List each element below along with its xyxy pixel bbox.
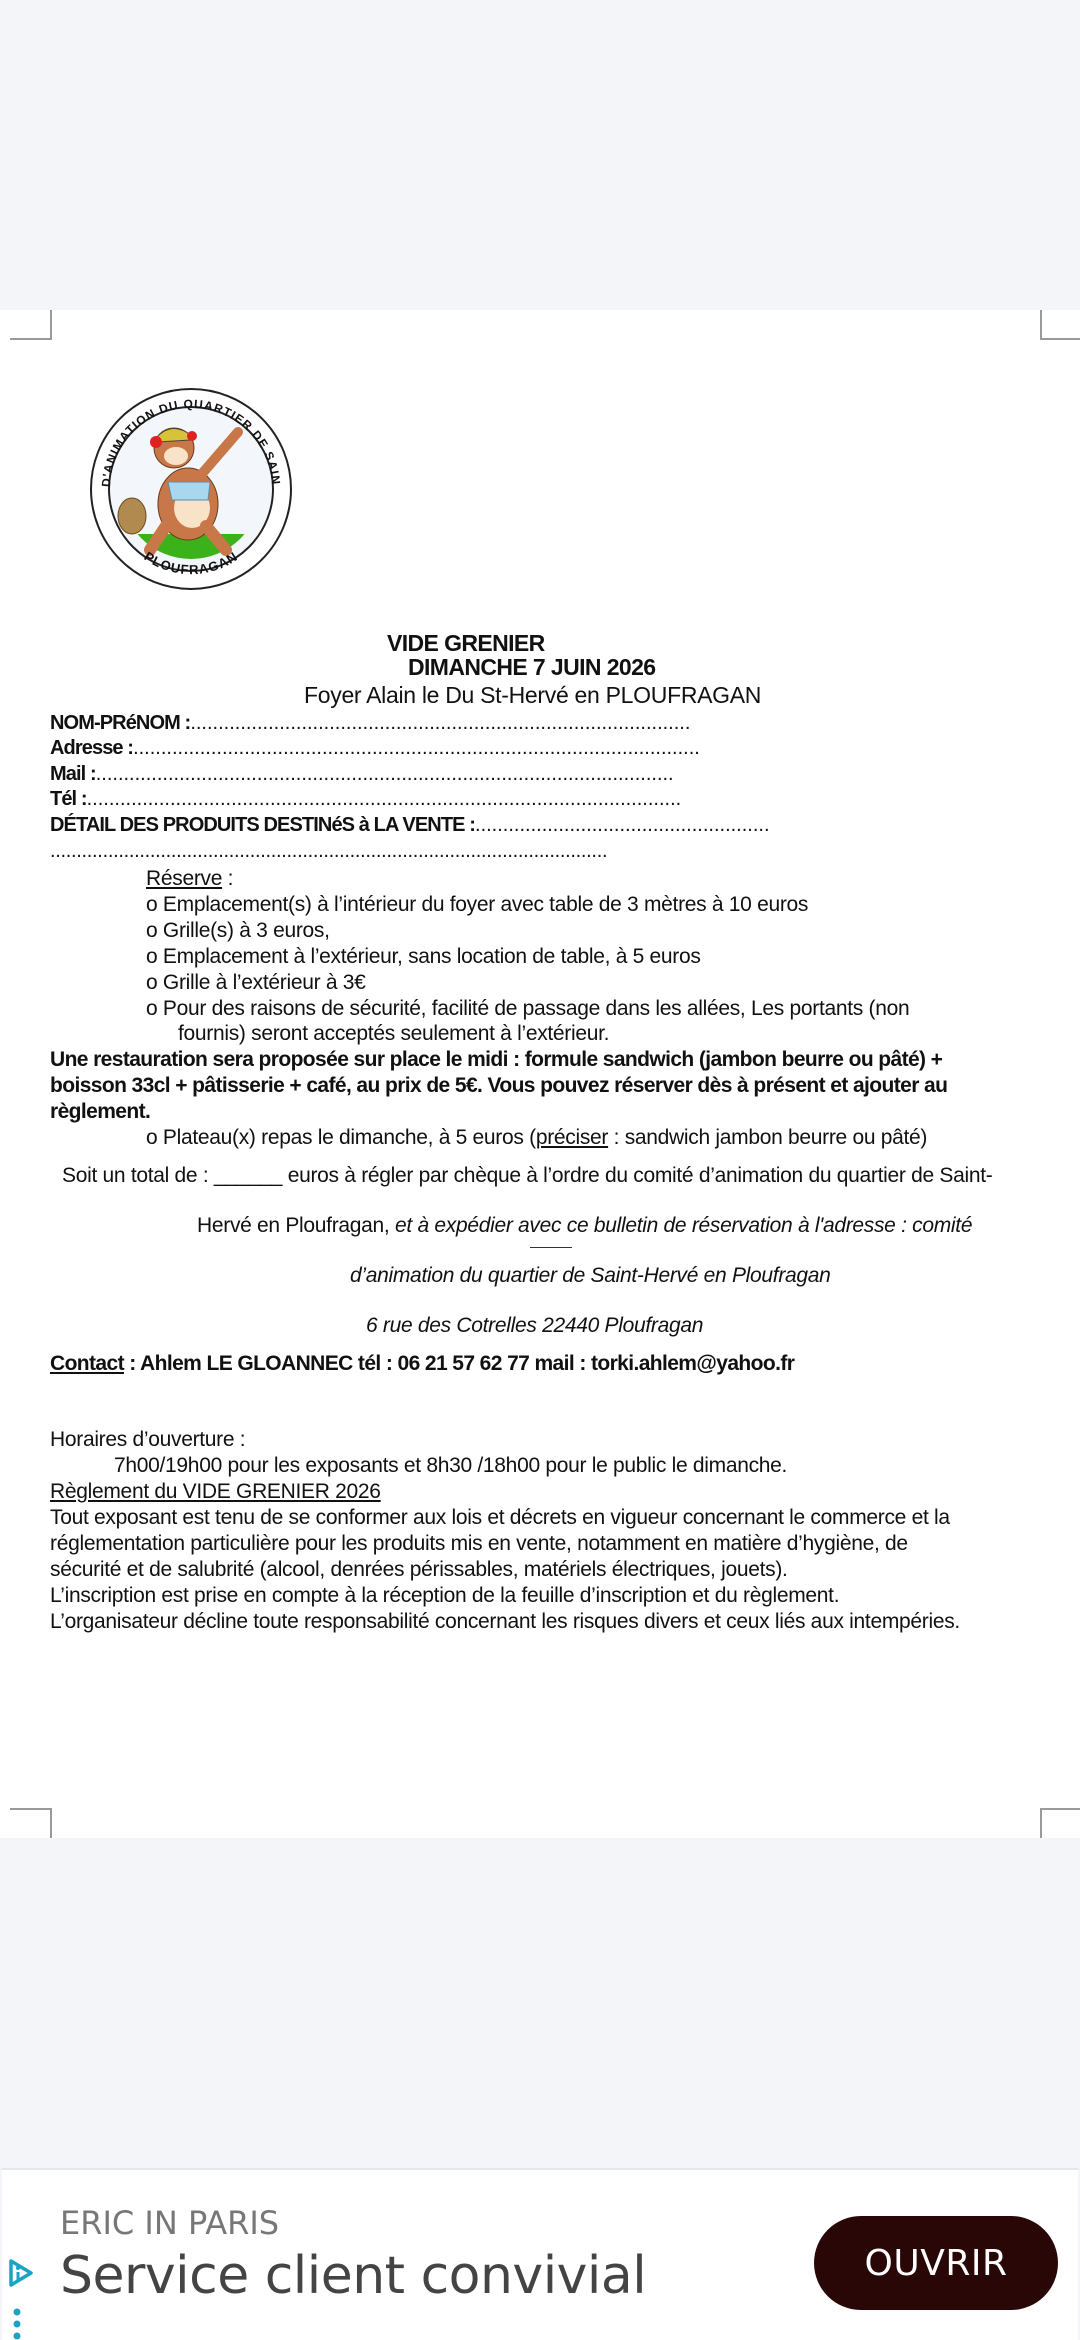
reserve-heading: Réserve :: [146, 866, 233, 892]
page-corner-mark: [1040, 1808, 1080, 1838]
opening-hours-label: Horaires d’ouverture :: [50, 1427, 245, 1453]
field-mail[interactable]: Mail :..................................…: [50, 761, 674, 787]
mailing-address-street: 6 rue des Cotrelles 22440 Ploufragan: [366, 1313, 703, 1339]
ad-headline[interactable]: Service client convivial: [60, 2246, 646, 2306]
ad-advertiser[interactable]: ERIC IN PARIS: [60, 2204, 279, 2242]
field-phone[interactable]: Tél :...................................…: [50, 786, 681, 812]
option-grid[interactable]: o Grille(s) à 3 euros,: [146, 918, 330, 944]
event-venue: Foyer Alain le Du St-Hervé en PLOUFRAGAN: [304, 682, 761, 708]
field-blank: ........................................…: [475, 814, 770, 836]
field-label: Tél :: [50, 788, 87, 810]
rules-line: Tout exposant est tenu de se conformer a…: [50, 1505, 950, 1531]
rules-title: Règlement du VIDE GRENIER 2026: [50, 1479, 381, 1505]
ad-banner[interactable]: ERIC IN PARIS Service client convivial O…: [2, 2168, 1078, 2340]
field-blank: ........................................…: [190, 712, 690, 734]
option-outdoor[interactable]: o Emplacement à l’extérieur, sans locati…: [146, 944, 701, 970]
committee-logo: COMITE D'ANIMATION DU QUARTIER DE SAINT …: [88, 386, 294, 592]
field-blank: ........................................…: [133, 737, 700, 759]
page-corner-mark: [1040, 310, 1080, 340]
field-label: Mail :: [50, 763, 96, 785]
contact-line: Contact : Ahlem LE GLOANNEC tél : 06 21 …: [50, 1351, 794, 1377]
ad-open-button[interactable]: OUVRIR: [814, 2216, 1058, 2310]
option-outdoor-grid[interactable]: o Grille à l’extérieur à 3€: [146, 970, 366, 996]
field-address[interactable]: Adresse :...............................…: [50, 735, 700, 761]
page-corner-mark: [10, 310, 52, 340]
rules-line: L’organisateur décline toute responsabil…: [50, 1609, 960, 1635]
field-label: Adresse :: [50, 737, 133, 759]
opening-hours: 7h00/19h00 pour les exposants et 8h30 /1…: [114, 1453, 787, 1479]
rules-line: réglementation particulière pour les pro…: [50, 1531, 908, 1557]
event-title: VIDE GRENIER: [387, 630, 545, 656]
option-racks-note: o Pour des raisons de sécurité, facilité…: [146, 996, 909, 1022]
field-label: DÉTAIL DES PRODUITS DESTINéS à LA VENTE …: [50, 814, 475, 836]
total-line: Soit un total de : ______ euros à régler…: [62, 1163, 992, 1189]
mailing-address-line: d’animation du quartier de Saint-Hervé e…: [350, 1263, 831, 1289]
field-label: NOM-PRéNOM :: [50, 712, 190, 734]
page-corner-mark: [10, 1808, 52, 1838]
field-name[interactable]: NOM-PRéNOM :............................…: [50, 710, 690, 736]
option-meal-tray[interactable]: o Plateau(x) repas le dimanche, à 5 euro…: [146, 1125, 927, 1151]
catering-text-line: Une restauration sera proposée sur place…: [50, 1047, 942, 1073]
total-amount-blank[interactable]: ______: [214, 1164, 282, 1187]
field-products[interactable]: DÉTAIL DES PRODUITS DESTINéS à LA VENTE …: [50, 812, 770, 838]
field-products-continuation[interactable]: ........................................…: [50, 838, 607, 864]
more-vertical-icon[interactable]: [11, 2308, 23, 2340]
adchoices-icon[interactable]: [8, 2258, 34, 2288]
separator-rule: [530, 1247, 572, 1248]
rules-line: sécurité et de salubrité (alcool, denrée…: [50, 1557, 788, 1583]
option-indoor-table[interactable]: o Emplacement(s) à l’intérieur du foyer …: [146, 892, 808, 918]
option-racks-note-continued: fournis) seront acceptés seulement à l’e…: [178, 1021, 609, 1047]
event-date: DIMANCHE 7 JUIN 2026: [408, 654, 655, 680]
catering-text-line: boisson 33cl + pâtisserie + café, au pri…: [50, 1073, 947, 1099]
field-blank: ........................................…: [96, 763, 674, 785]
payment-instructions: Hervé en Ploufragan, et à expédier avec …: [197, 1213, 972, 1239]
field-blank: ........................................…: [87, 788, 682, 810]
catering-text-line: règlement.: [50, 1099, 150, 1125]
rules-line: L’inscription est prise en compte à la r…: [50, 1583, 839, 1609]
document-page: COMITE D'ANIMATION DU QUARTIER DE SAINT …: [0, 310, 1080, 1838]
